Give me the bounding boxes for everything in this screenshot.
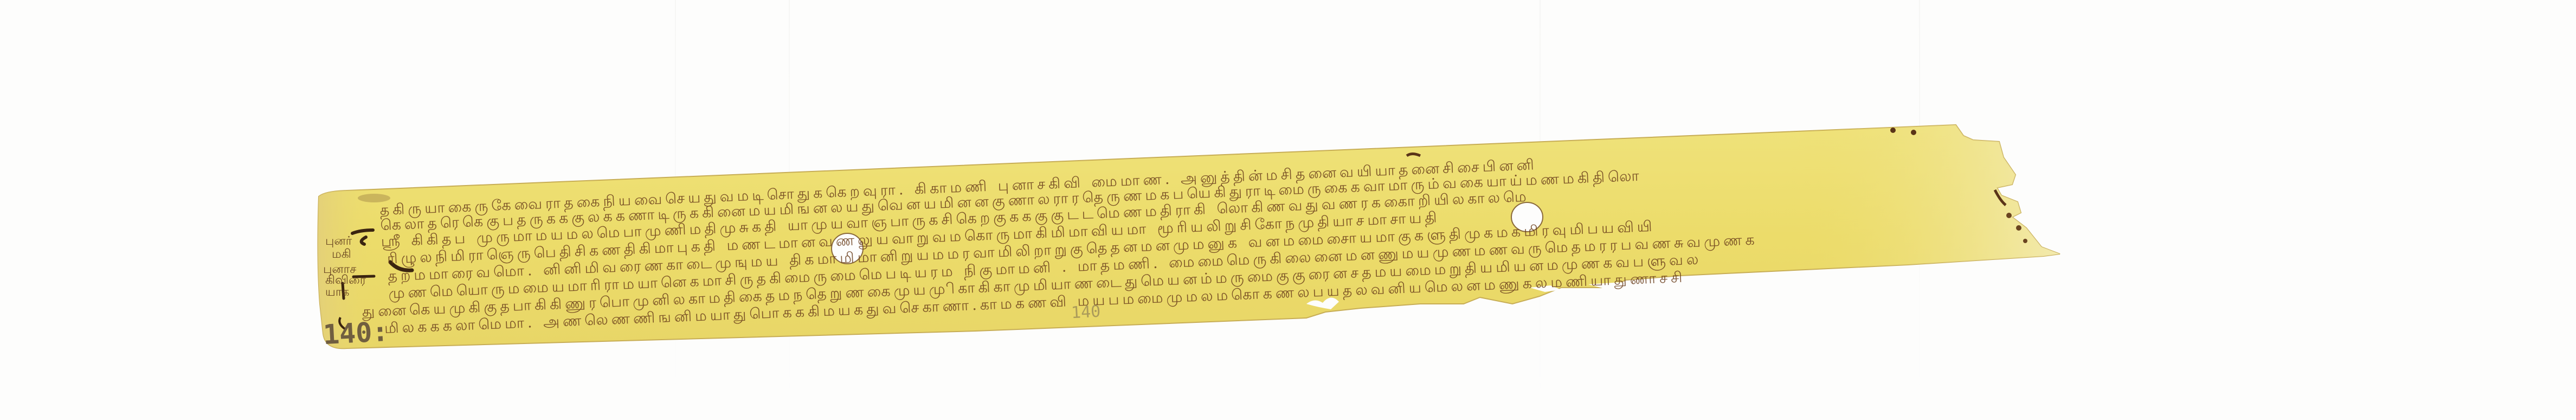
insect-hole [1911, 130, 1916, 135]
binding-hole-left [832, 233, 863, 264]
insect-hole [2023, 239, 2027, 243]
palm-leaf [0, 0, 2576, 420]
margin-note: யாக [325, 285, 349, 301]
folio-number: 140: [323, 316, 389, 351]
insect-hole [2016, 225, 2021, 231]
smudge [358, 194, 390, 202]
faint-folio-number: 140 [1071, 302, 1101, 323]
insect-hole [2006, 213, 2012, 218]
binding-hole-right [1511, 202, 1543, 232]
insect-hole [1890, 128, 1896, 133]
margin-note: மகி [332, 247, 351, 263]
